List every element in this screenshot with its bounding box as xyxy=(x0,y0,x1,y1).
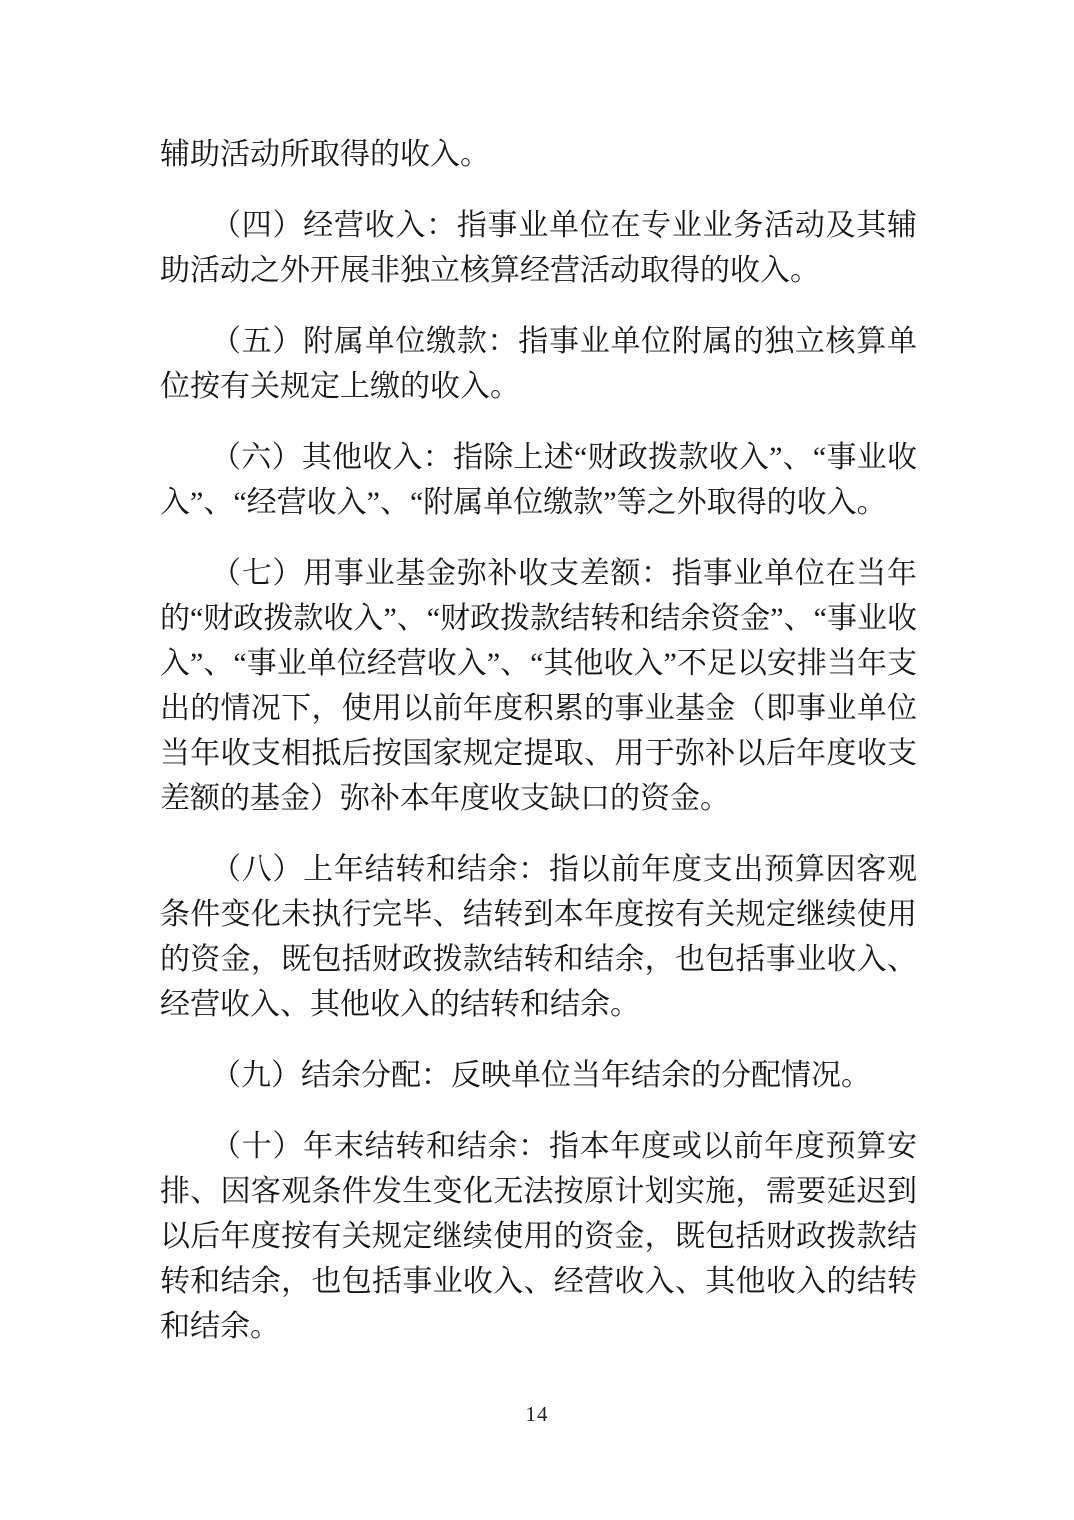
paragraph-item-8: （八）上年结转和结余：指以前年度支出预算因客观条件变化未执行完毕、结转到本年度按… xyxy=(160,847,917,1027)
paragraph-item-5: （五）附属单位缴款：指事业单位附属的独立核算单位按有关规定上缴的收入。 xyxy=(160,319,917,409)
paragraph-continuation: 辅助活动所取得的收入。 xyxy=(160,132,917,177)
document-body: 辅助活动所取得的收入。 （四）经营收入：指事业单位在专业业务活动及其辅助活动之外… xyxy=(160,132,917,1349)
document-page: 辅助活动所取得的收入。 （四）经营收入：指事业单位在专业业务活动及其辅助活动之外… xyxy=(0,0,1074,1520)
page-number: 14 xyxy=(526,1402,549,1426)
paragraph-item-7: （七）用事业基金弥补收支差额：指事业单位在当年的“财政拨款收入”、“财政拨款结转… xyxy=(160,551,917,821)
paragraph-item-10: （十）年末结转和结余：指本年度或以前年度预算安排、因客观条件发生变化无法按原计划… xyxy=(160,1124,917,1349)
paragraph-item-4: （四）经营收入：指事业单位在专业业务活动及其辅助活动之外开展非独立核算经营活动取… xyxy=(160,203,917,293)
paragraph-item-9: （九）结余分配：反映单位当年结余的分配情况。 xyxy=(160,1053,917,1098)
paragraph-item-6: （六）其他收入：指除上述“财政拨款收入”、“事业收入”、“经营收入”、“附属单位… xyxy=(160,435,917,525)
page-footer: 14 xyxy=(0,1402,1074,1427)
